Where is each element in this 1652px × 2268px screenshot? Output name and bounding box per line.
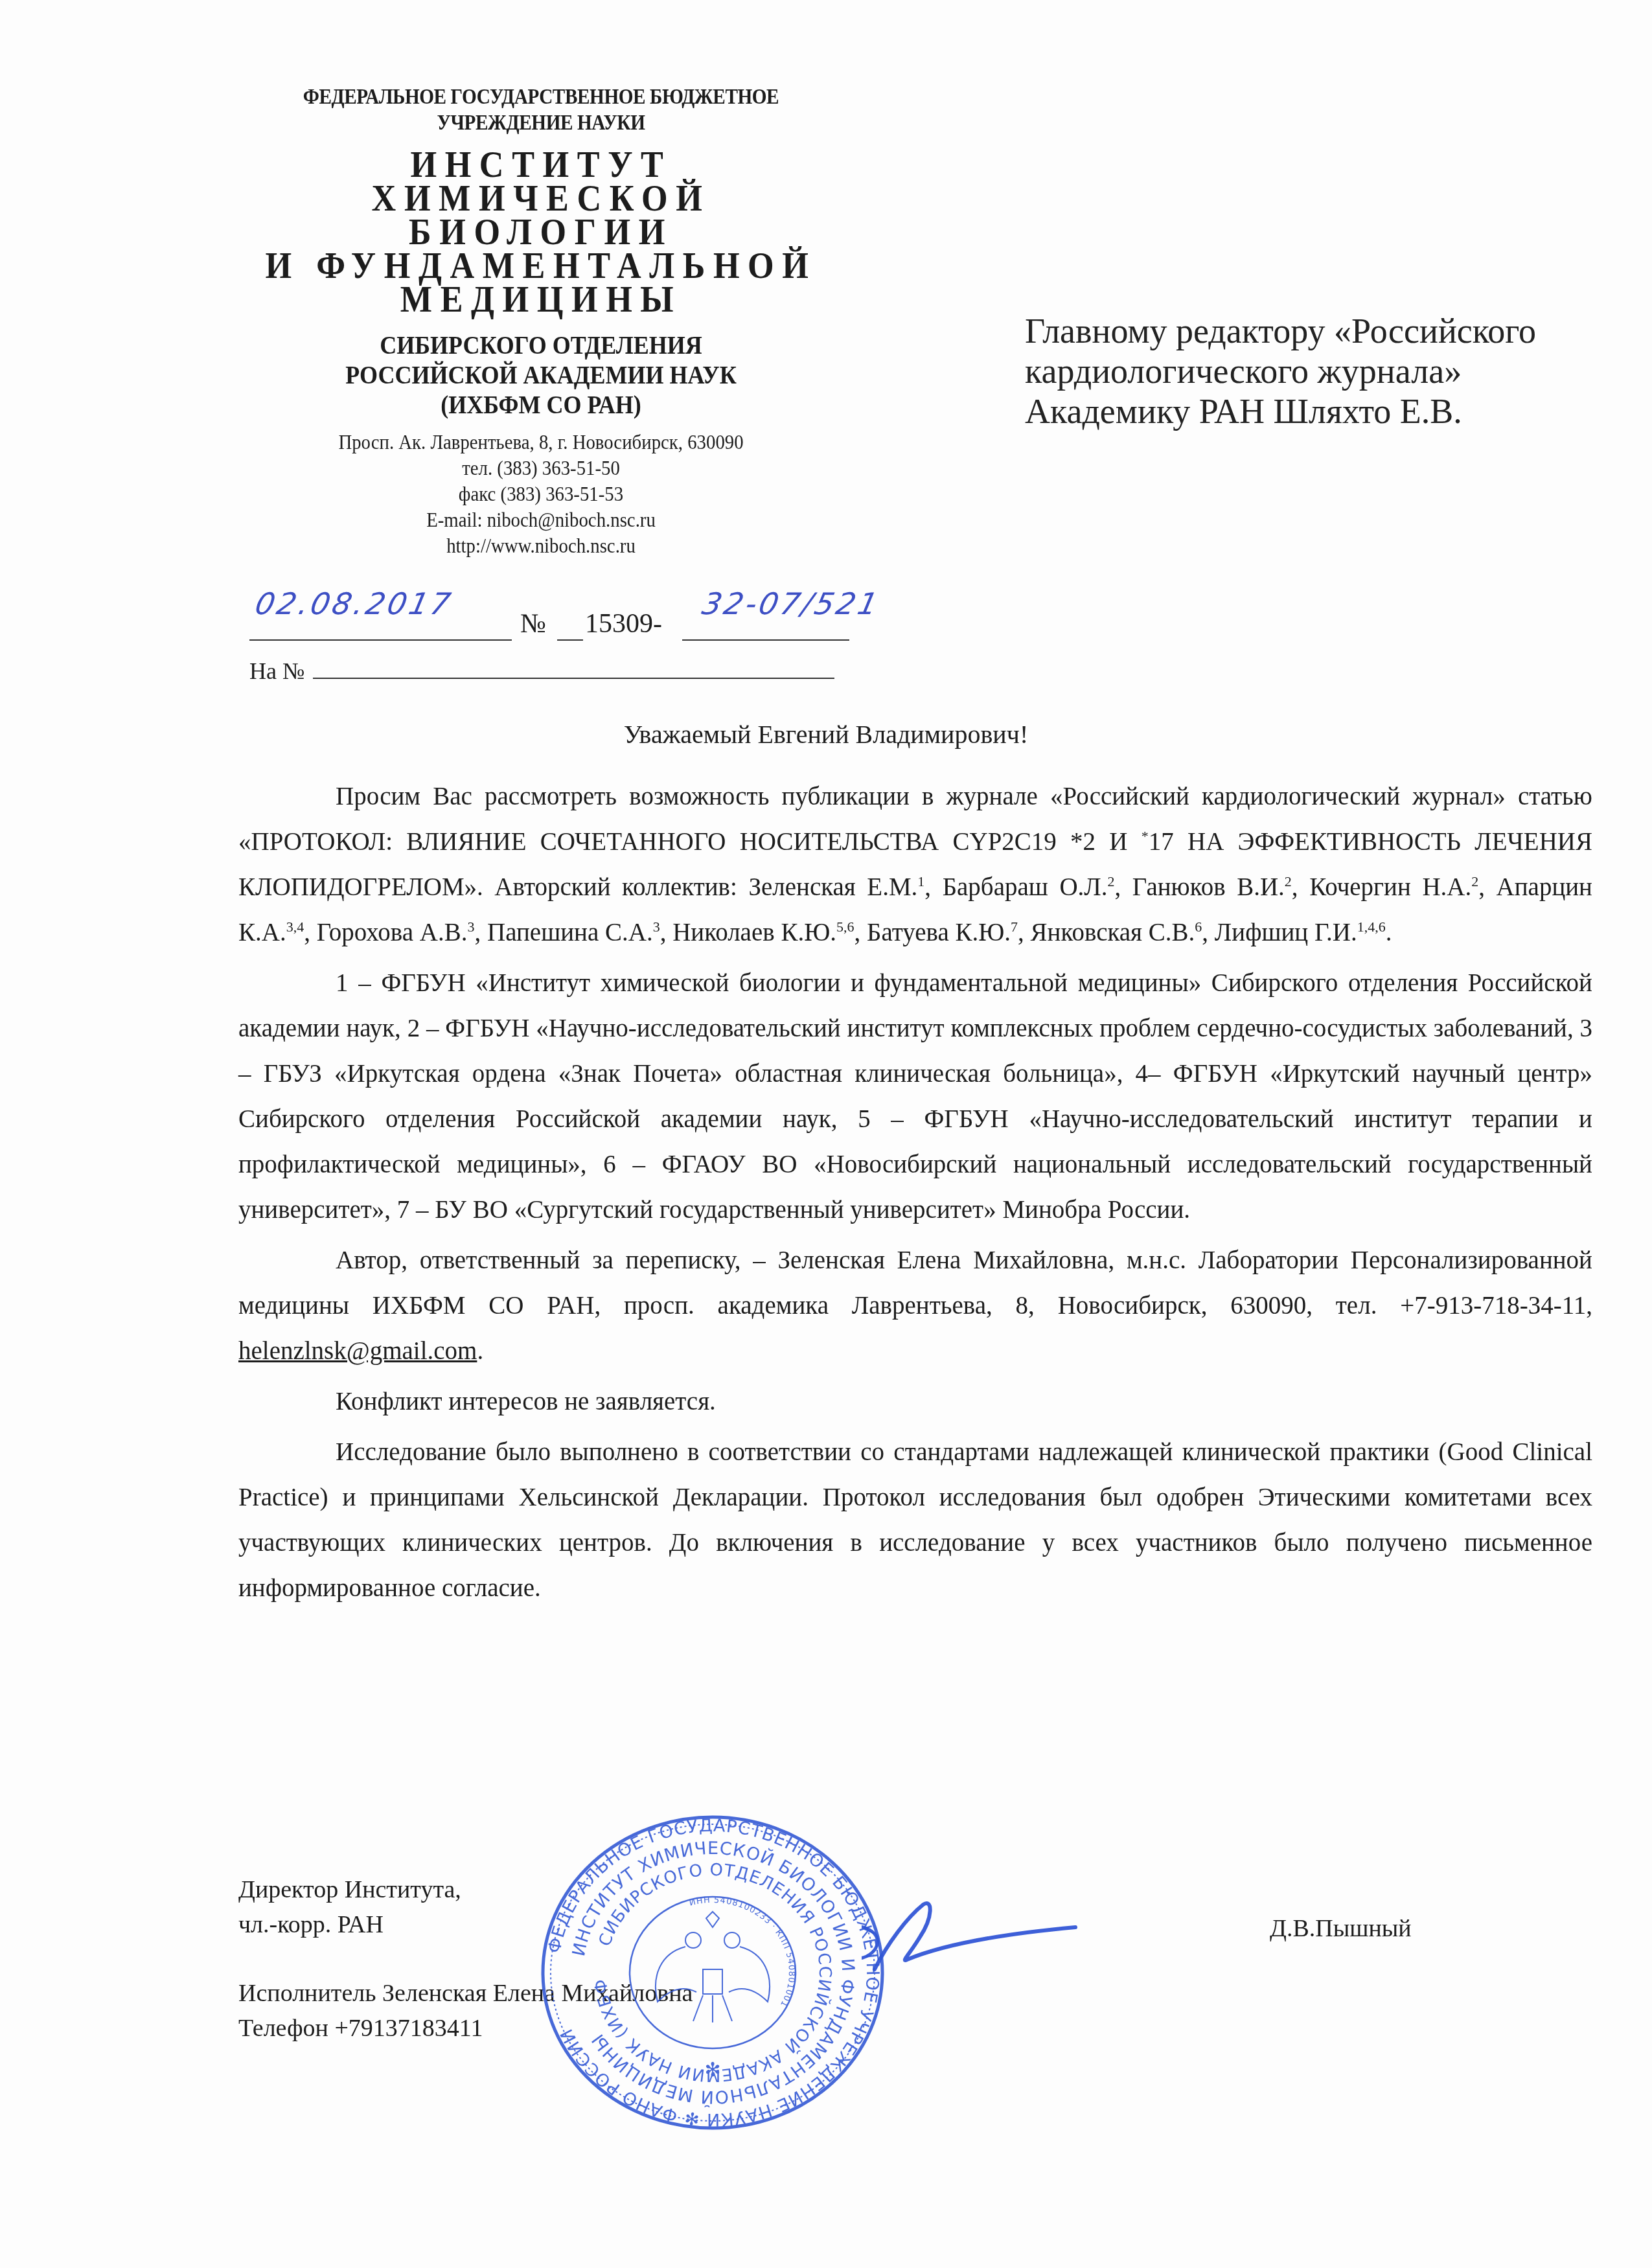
letter-page: ФЕДЕРАЛЬНОЕ ГОСУДАРСТВЕННОЕ БЮДЖЕТНОЕ УЧ… — [0, 0, 1652, 2268]
registration-line: 02.08.2017 № 15309- 32-07/521 — [249, 586, 910, 645]
paragraph-request: Просим Вас рассмотреть возможность публи… — [238, 774, 1592, 956]
stamp-inn-kpp-text: ИНН 5408100233 · КПП 540801001 — [688, 1896, 796, 2009]
svg-text:ИНН 5408100233 · КПП 540801001: ИНН 5408100233 · КПП 540801001 — [688, 1896, 796, 2009]
paragraph-correspondence: Автор, ответственный за переписку, – Зел… — [238, 1238, 1592, 1374]
author-name: Папешина С.А. — [487, 919, 653, 946]
author-separator: , — [660, 919, 673, 946]
handwritten-date: 02.08.2017 — [252, 586, 456, 621]
executor-name: Исполнитель Зеленская Елена Михайловна — [238, 1976, 693, 2011]
executor-phone: Телефон +79137183411 — [238, 2011, 693, 2046]
letterhead: ФЕДЕРАЛЬНОЕ ГОСУДАРСТВЕННОЕ БЮДЖЕТНОЕ УЧ… — [214, 84, 868, 558]
director-title-line-1: Директор Института, — [238, 1872, 461, 1907]
stamp-asterisk: ✻ — [704, 2059, 720, 2081]
author-name: Барбараш О.Л. — [943, 873, 1108, 901]
author-affiliation: 3 — [653, 919, 660, 935]
author-separator: . — [1386, 919, 1392, 946]
author-affiliation: 1,4,6 — [1357, 919, 1386, 935]
printed-number: 15309- — [585, 608, 662, 639]
addressee-block: Главному редактору «Российского кардиоло… — [1025, 311, 1608, 431]
author-affiliation: 3,4 — [286, 919, 304, 935]
number-underline — [682, 639, 849, 641]
institute-name: ИНСТИТУТ ХИМИЧЕСКОЙ БИОЛОГИИ И ФУНДАМЕНТ… — [247, 148, 836, 316]
svg-text:ФЕДЕРАЛЬНОЕ ГОСУДАРСТВЕННОЕ БЮ: ФЕДЕРАЛЬНОЕ ГОСУДАРСТВЕННОЕ БЮДЖЕТНОЕ УЧ… — [544, 1816, 882, 2129]
reply-to-underline — [313, 678, 834, 679]
correspondence-text: Автор, ответственный за переписку, – Зел… — [238, 1246, 1592, 1320]
federal-status-line: ФЕДЕРАЛЬНОЕ ГОСУДАРСТВЕННОЕ БЮДЖЕТНОЕ УЧ… — [260, 84, 823, 136]
author-affiliation: 2 — [1108, 873, 1115, 889]
official-seal-icon: ФЕДЕРАЛЬНОЕ ГОСУДАРСТВЕННОЕ БЮДЖЕТНОЕ УЧ… — [538, 1814, 888, 2131]
stamp-middle-text: ИНСТИТУТ ХИМИЧЕСКОЙ БИОЛОГИИ И ФУНДАМЕНТ… — [569, 1838, 858, 2107]
email: E-mail: niboch@niboch.nsc.ru — [247, 507, 836, 533]
stamp-outer-text: ФЕДЕРАЛЬНОЕ ГОСУДАРСТВЕННОЕ БЮДЖЕТНОЕ УЧ… — [544, 1816, 882, 2129]
author-separator: , — [1478, 873, 1496, 901]
correspondence-email-link[interactable]: helenzlnsk@gmail.com — [238, 1337, 477, 1365]
website: http://www.niboch.nsc.ru — [247, 533, 836, 558]
addressee-line-2: кардиологического журнала» — [1025, 351, 1608, 391]
author-name: Ганюков В.И. — [1132, 873, 1285, 901]
paragraph-affiliations: 1 – ФГБУН «Институт химической биологии … — [238, 961, 1592, 1233]
number-label: № — [520, 608, 546, 639]
contact-block: Просп. Ак. Лаврентьева, 8, г. Новосибирс… — [247, 429, 836, 558]
author-affiliation: 3 — [468, 919, 475, 935]
author-name: Николаев К.Ю. — [672, 919, 836, 946]
letter-body: Просим Вас рассмотреть возможность публи… — [238, 774, 1592, 1611]
author-separator: , — [1115, 873, 1132, 901]
author-separator: , — [1202, 919, 1215, 946]
author-name: Янковская С.В. — [1031, 919, 1195, 946]
author-affiliation: 5,6 — [836, 919, 855, 935]
branch-abbrev: (ИХБФМ СО РАН) — [247, 390, 836, 420]
author-affiliation: 7 — [1011, 919, 1018, 935]
director-signature-icon — [862, 1892, 1108, 1982]
author-name: Лифшиц Г.И. — [1215, 919, 1357, 946]
branch-name: СИБИРСКОГО ОТДЕЛЕНИЯ РОССИЙСКОЙ АКАДЕМИИ… — [247, 330, 836, 420]
author-affiliation: 2 — [1285, 873, 1292, 889]
director-title-line-2: чл.-корр. РАН — [238, 1907, 461, 1942]
branch-line-1: СИБИРСКОГО ОТДЕЛЕНИЯ — [247, 330, 836, 360]
author-separator: , — [1292, 873, 1309, 901]
date-underline — [249, 639, 512, 641]
reply-to-line: На № — [249, 658, 834, 685]
reply-to-label: На № — [249, 658, 304, 684]
fax: факс (383) 363-51-53 — [247, 481, 836, 507]
author-name: Горохова А.В. — [317, 919, 468, 946]
institute-line-4: МЕДИЦИНЫ — [247, 282, 836, 316]
author-name: Кочергин Н.А. — [1309, 873, 1471, 901]
addressee-line-1: Главному редактору «Российского — [1025, 311, 1608, 351]
federal-line-2: УЧРЕЖДЕНИЕ НАУКИ — [260, 110, 823, 136]
author-name: Зеленская Е.М. — [748, 873, 917, 901]
correspondence-end: . — [477, 1337, 483, 1365]
author-affiliation: 2 — [1471, 873, 1478, 889]
federal-line-1: ФЕДЕРАЛЬНОЕ ГОСУДАРСТВЕННОЕ БЮДЖЕТНОЕ — [260, 84, 823, 110]
executor-block: Исполнитель Зеленская Елена Михайловна Т… — [238, 1976, 693, 2046]
author-separator: , — [304, 919, 317, 946]
institute-line-2: ХИМИЧЕСКОЙ БИОЛОГИИ — [247, 181, 836, 249]
director-name: Д.В.Пышный — [1270, 1914, 1412, 1943]
address: Просп. Ак. Лаврентьева, 8, г. Новосибирс… — [247, 429, 836, 455]
author-separator: , — [1018, 919, 1031, 946]
number-underline-short — [557, 639, 583, 641]
addressee-line-3: Академику РАН Шляхто Е.В. — [1025, 391, 1608, 431]
director-title: Директор Института, чл.-корр. РАН — [238, 1872, 461, 1942]
branch-line-2: РОССИЙСКОЙ АКАДЕМИИ НАУК — [247, 360, 836, 390]
paragraph-conflict: Конфликт интересов не заявляется. — [238, 1379, 1592, 1425]
author-separator: , — [855, 919, 867, 946]
author-separator: , — [475, 919, 488, 946]
handwritten-number: 32-07/521 — [699, 586, 883, 621]
author-affiliation: 6 — [1195, 919, 1202, 935]
phone: тел. (383) 363-51-50 — [247, 455, 836, 481]
salutation: Уважаемый Евгений Владимирович! — [0, 719, 1652, 750]
paragraph-ethics: Исследование было выполнено в соответств… — [238, 1430, 1592, 1611]
author-name: Батуева К.Ю. — [867, 919, 1011, 946]
allele-star: * — [1141, 828, 1149, 844]
author-affiliation: 1 — [917, 873, 924, 889]
svg-text:ИНСТИТУТ ХИМИЧЕСКОЙ БИОЛОГИИ И: ИНСТИТУТ ХИМИЧЕСКОЙ БИОЛОГИИ И ФУНДАМЕНТ… — [569, 1838, 858, 2107]
author-separator: , — [924, 873, 942, 901]
